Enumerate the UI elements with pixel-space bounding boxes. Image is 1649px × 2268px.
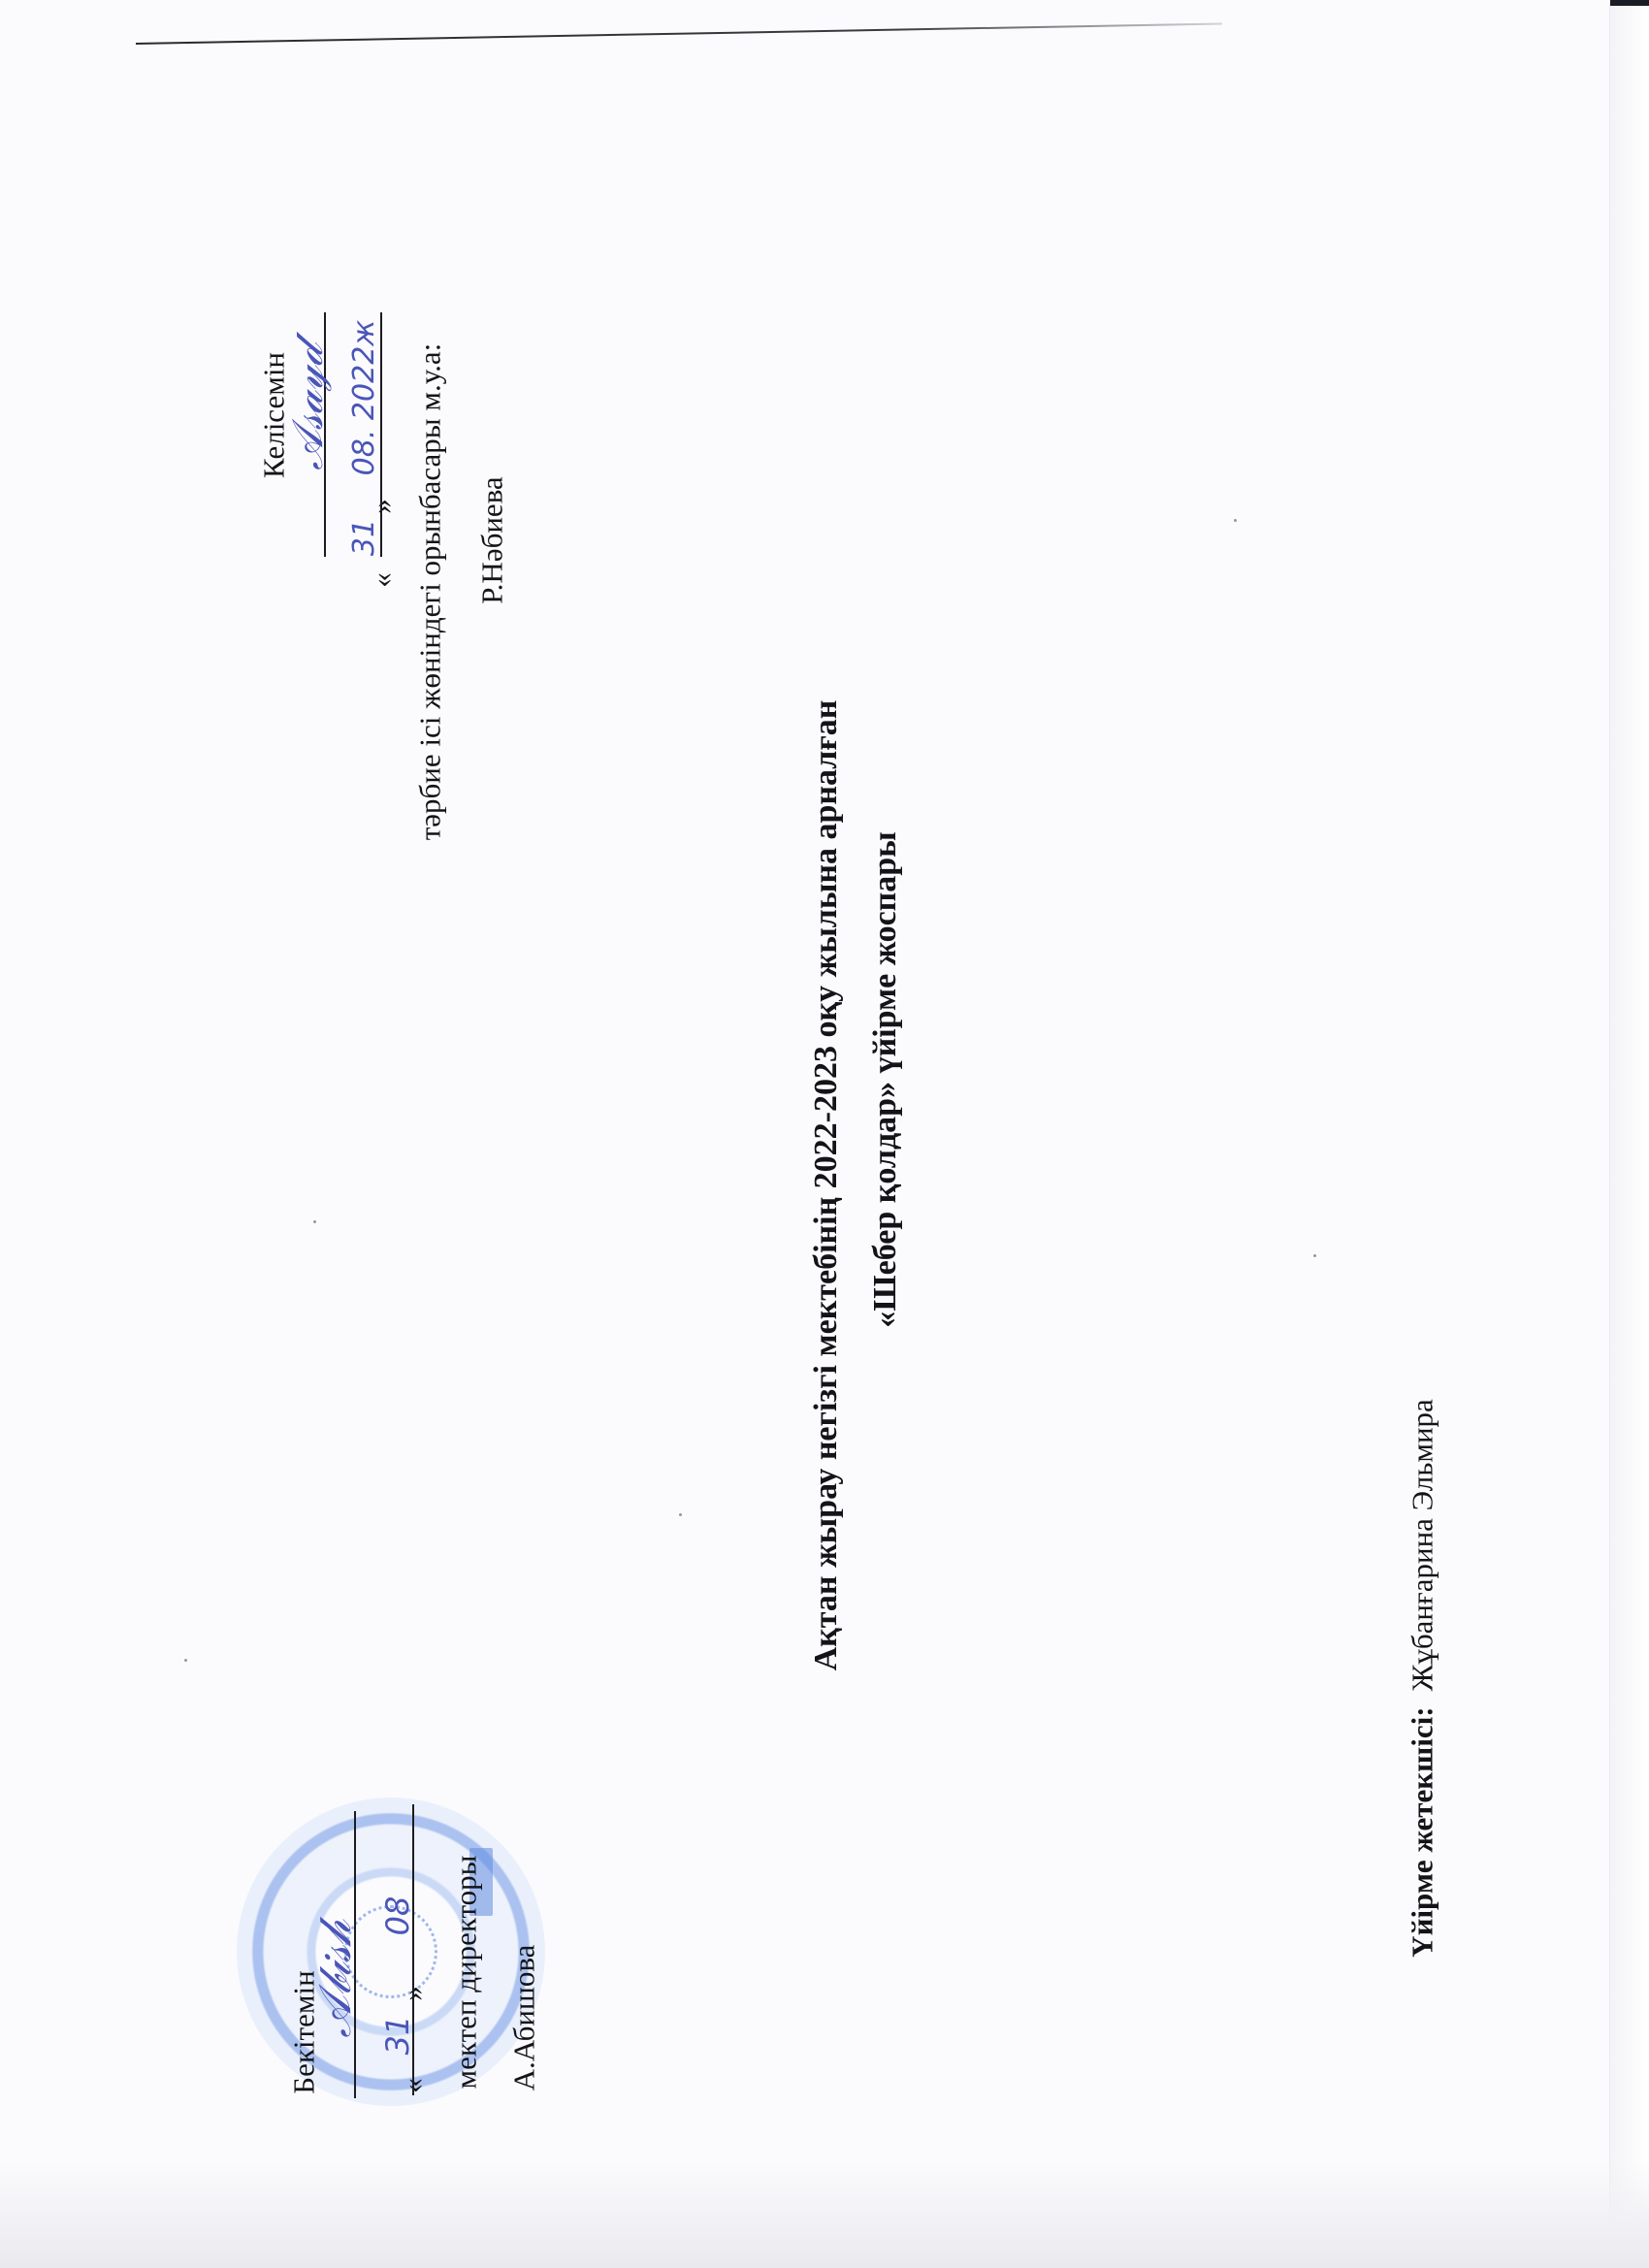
approval-date-day: 31 (382, 2016, 413, 2056)
agreement-date-day: 31 (350, 519, 379, 556)
scan-speck (313, 1220, 316, 1223)
document-title-line-2: «Шебер қолдар» үйірме жоспары (869, 831, 902, 1327)
agreement-position: тәрбие ісі жөніндегі орынбасары м.у.а: (415, 343, 445, 841)
approval-signature-icon: 𝒜𝒷𝒾𝓈𝒽 (312, 1920, 357, 2037)
agreement-name: Р.Нәбиева (477, 476, 507, 603)
leader-label: Үйірме жетекшісі: (1406, 1706, 1439, 1957)
approval-date-line (412, 1804, 414, 2095)
school-stamp-icon (237, 1798, 545, 2106)
agreement-signature-icon: 𝒜𝓈𝒶𝓎𝒹 (287, 344, 330, 470)
agreement-date-month-year: 08. 2022ж (350, 320, 379, 476)
scan-speck (679, 1513, 682, 1516)
scan-speck (1313, 1254, 1316, 1257)
agreement-date-line (380, 312, 382, 557)
leader-name: Жұбанғарина Эльмира (1406, 1399, 1439, 1691)
approval-date-month: 08 (382, 1896, 413, 1936)
agreement-date-open-quote: « (367, 572, 397, 588)
scan-corner-mark (1610, 0, 1649, 6)
approval-name: А.Абишова (509, 1945, 539, 2091)
scan-speck (1234, 519, 1237, 522)
scan-bottom-band (0, 2161, 1649, 2268)
document-title-line-1: Ақтан жырау негізгі мектебінің 2022-2023… (810, 700, 843, 1671)
leader-line: Үйірме жетекшісі: Жұбанғарина Эльмира (1407, 1399, 1438, 1958)
top-rule (136, 22, 1222, 45)
scan-speck (184, 1659, 187, 1662)
approval-position: мектеп директоры (451, 1856, 481, 2090)
scan-edge (1609, 0, 1649, 2268)
